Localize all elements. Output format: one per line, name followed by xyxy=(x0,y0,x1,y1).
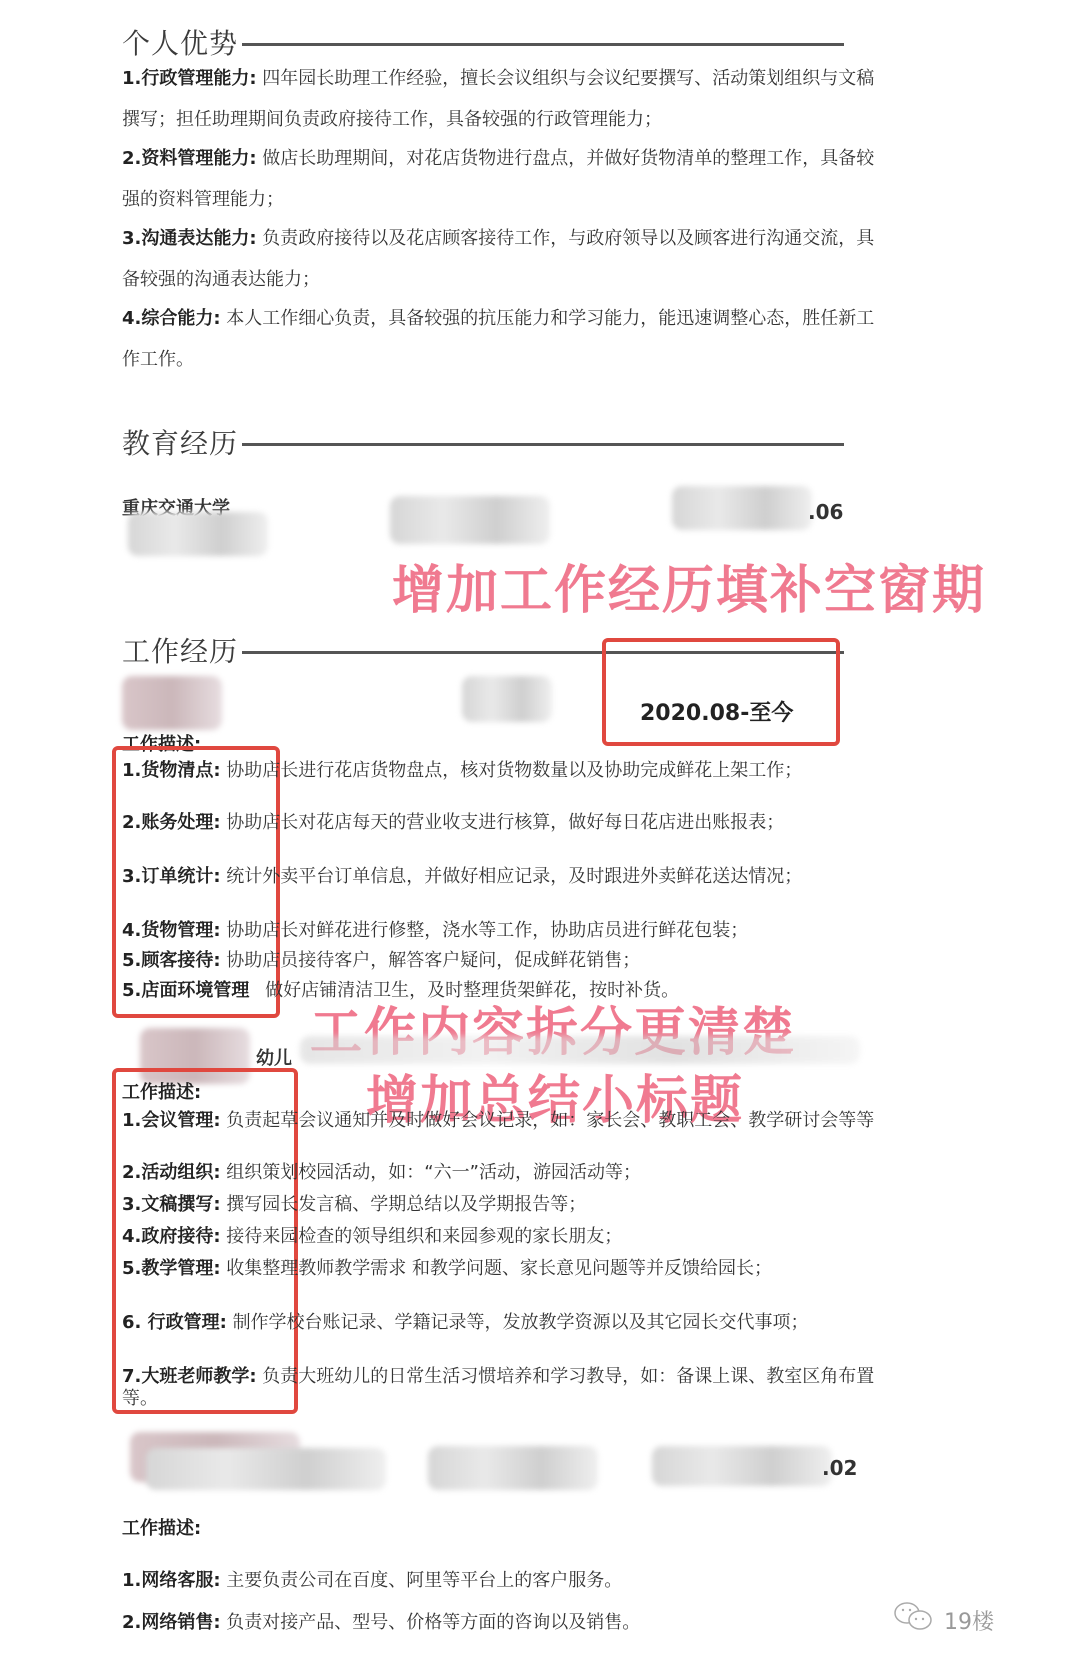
redaction-blur xyxy=(122,676,222,730)
item-text: 组织策划校园活动，如：“六一”活动，游园活动等； xyxy=(226,1162,641,1183)
item-label: 2.账务处理: xyxy=(122,812,221,833)
section-education-header: 教育经历 xyxy=(122,422,844,462)
section-advantages-header: 个人优势 xyxy=(122,22,844,62)
job1-item-3: 3.订单统计: 统计外卖平台订单信息，并做好相应记录，及时跟进外卖鲜花送达情况； xyxy=(122,866,882,888)
item-text: 接待来园检查的领导组织和来园参观的家长朋友； xyxy=(226,1226,622,1247)
job1-item-1: 1.货物清点: 协助店长进行花店货物盘点，核对货物数量以及协助完成鲜花上架工作； xyxy=(122,760,882,782)
job2-item-4: 4.政府接待: 接待来园检查的领导组织和来园参观的家长朋友； xyxy=(122,1226,882,1248)
item-text: 协助店长对鲜花进行修整，浇水等工作，协助店员进行鲜花包装； xyxy=(226,920,748,941)
item-label: 1.网络客服: xyxy=(122,1570,221,1591)
job1-item-5: 5.顾客接待: 协助店员接待客户，解答客户疑问，促成鲜花销售； xyxy=(122,950,882,972)
item-text: 撰写园长发言稿、学期总结以及学期报告等； xyxy=(226,1194,586,1215)
job2-item-5: 5.教学管理: 收集整理教师教学需求 和教学问题、家长意见问题等并反馈给园长； xyxy=(122,1258,882,1280)
job1-item-2: 2.账务处理: 协助店长对花店每天的营业收支进行核算，做好每日花店进出账报表； xyxy=(122,812,882,834)
section-title: 教育经历 xyxy=(122,422,238,462)
job-company: 幼儿 xyxy=(256,1044,292,1070)
advantage-item-2: 2.资料管理能力: 做店长助理期间，对花店货物进行盘点，并做好货物清单的整理工作… xyxy=(122,138,882,220)
item-label: 4.政府接待: xyxy=(122,1226,221,1247)
item-label: 1.行政管理能力: xyxy=(122,68,257,89)
job-date: .02 xyxy=(822,1456,857,1480)
job2-item-6: 6. 行政管理: 制作学校台账记录、学籍记录等，发放教学资源以及其它园长交代事项… xyxy=(122,1312,882,1334)
item-text: 本人工作细心负责，具备较强的抗压能力和学习能力，能迅速调整心态，胜任新工作工作。 xyxy=(122,308,874,370)
job2-item-3: 3.文稿撰写: 撰写园长发言稿、学期总结以及学期报告等； xyxy=(122,1194,882,1216)
redaction-blur xyxy=(672,486,812,530)
advantage-item-1: 1.行政管理能力: 四年园长助理工作经验，擅长会议组织与会议纪要撰写、活动策划组… xyxy=(122,58,882,140)
job-desc-label: 工作描述: xyxy=(122,1514,201,1540)
advantage-item-4: 4.综合能力: 本人工作细心负责，具备较强的抗压能力和学习能力，能迅速调整心态，… xyxy=(122,298,882,380)
divider xyxy=(242,443,844,446)
redaction-blur xyxy=(390,496,550,544)
item-label: 4.综合能力: xyxy=(122,308,221,329)
item-label: 1.货物清点: xyxy=(122,760,221,781)
wechat-icon xyxy=(892,1600,936,1640)
job3-item-1: 1.网络客服: 主要负责公司在百度、阿里等平台上的客户服务。 xyxy=(122,1570,882,1592)
job2-item-7: 7.大班老师教学: 负责大班幼儿的日常生活习惯培养和学习教导，如：备课上课、教室… xyxy=(122,1366,882,1410)
item-label: 1.会议管理: xyxy=(122,1110,221,1131)
item-label: 2.活动组织: xyxy=(122,1162,221,1183)
item-label: 2.网络销售: xyxy=(122,1612,221,1633)
item-text: 统计外卖平台订单信息，并做好相应记录，及时跟进外卖鲜花送达情况； xyxy=(226,866,802,887)
item-text: 制作学校台账记录、学籍记录等，发放教学资源以及其它园长交代事项； xyxy=(233,1312,809,1333)
item-label: 5.店面环境管理 xyxy=(122,980,249,1001)
job-date: 2020.08-至今 xyxy=(640,696,793,727)
section-title: 个人优势 xyxy=(122,22,238,62)
divider xyxy=(242,43,844,46)
item-label: 2.资料管理能力: xyxy=(122,148,257,169)
item-text: 协助店长进行花店货物盘点，核对货物数量以及协助完成鲜花上架工作； xyxy=(226,760,802,781)
highlight-box-date xyxy=(602,638,840,746)
watermark: 19楼 xyxy=(892,1600,994,1640)
item-text: 协助店员接待客户，解答客户疑问，促成鲜花销售； xyxy=(226,950,640,971)
item-text: 负责起草会议通知并及时做好会议记录，如：家长会、教职工会、教学研讨会等等 xyxy=(226,1110,874,1131)
watermark-text: 19楼 xyxy=(944,1605,994,1636)
item-label: 7.大班老师教学: xyxy=(122,1366,257,1387)
item-label: 5.顾客接待: xyxy=(122,950,221,971)
item-label: 3.订单统计: xyxy=(122,866,221,887)
education-date: .06 xyxy=(808,500,843,524)
item-label: 4.货物管理: xyxy=(122,920,221,941)
redaction-blur xyxy=(462,676,552,722)
job3-item-2: 2.网络销售: 负责对接产品、型号、价格等方面的咨询以及销售。 xyxy=(122,1612,882,1634)
redaction-blur xyxy=(652,1446,832,1486)
redaction-blur xyxy=(428,1446,598,1490)
job2-item-1: 1.会议管理: 负责起草会议通知并及时做好会议记录，如：家长会、教职工会、教学研… xyxy=(122,1110,882,1132)
job2-item-2: 2.活动组织: 组织策划校园活动，如：“六一”活动，游园活动等； xyxy=(122,1162,882,1184)
redaction-blur xyxy=(128,512,268,556)
item-text: 负责对接产品、型号、价格等方面的咨询以及销售。 xyxy=(226,1612,640,1633)
item-text: 协助店长对花店每天的营业收支进行核算，做好每日花店进出账报表； xyxy=(226,812,784,833)
item-label: 6. 行政管理: xyxy=(122,1312,227,1333)
section-title: 工作经历 xyxy=(122,630,238,670)
annotation-fill-gap: 增加工作经历填补空窗期 xyxy=(392,548,986,623)
item-label: 3.沟通表达能力: xyxy=(122,228,257,249)
job1-item-4: 4.货物管理: 协助店长对鲜花进行修整，浇水等工作，协助店员进行鲜花包装； xyxy=(122,920,882,942)
item-label: 3.文稿撰写: xyxy=(122,1194,221,1215)
redaction-blur xyxy=(146,1448,386,1490)
item-text: 收集整理教师教学需求 和教学问题、家长意见问题等并反馈给园长； xyxy=(226,1258,772,1279)
item-label: 5.教学管理: xyxy=(122,1258,221,1279)
item-text: 主要负责公司在百度、阿里等平台上的客户服务。 xyxy=(226,1570,622,1591)
advantage-item-3: 3.沟通表达能力: 负责政府接待以及花店顾客接待工作，与政府领导以及顾客进行沟通… xyxy=(122,218,882,300)
